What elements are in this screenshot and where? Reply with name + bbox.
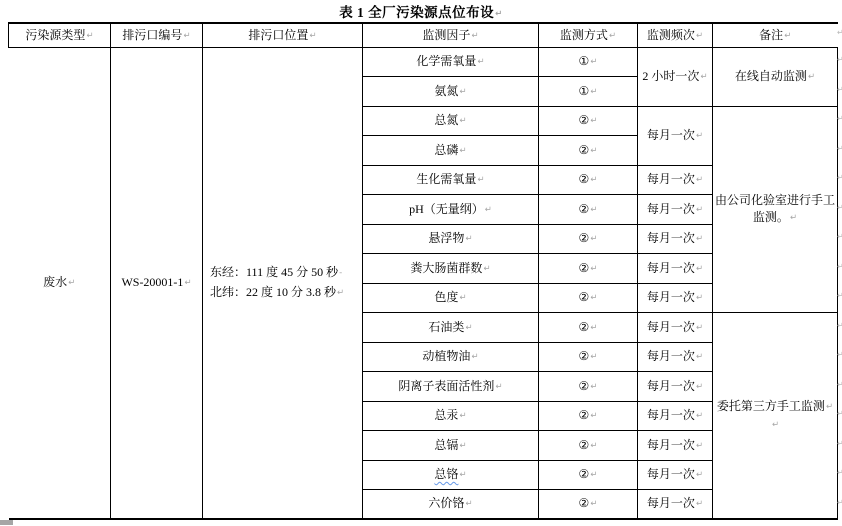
cell-end-mark-icon: ↵ [459,87,466,97]
row-end-mark-icon: ↵ [837,380,842,389]
cell-end-mark-icon: ↵ [590,87,597,97]
cell-end-mark-icon: ↵ [309,31,316,41]
row-end-mark-icon: ↵ [837,291,842,300]
frequency-cell: 每月一次↵ [638,460,713,490]
factor-cell: 总氮↵ [363,106,539,136]
factor-cell: 粪大肠菌群数↵ [363,254,539,284]
col-header-method: 监测方式↵ [539,23,638,47]
cell-end-mark-icon: ↵ [696,323,703,333]
row-end-mark-icon: ↵ [837,409,842,418]
remark-cell-third-party: 委托第三方手工监测↵ ↵ [713,313,838,520]
cell-end-mark-icon: ↵ [590,499,597,509]
row-end-mark-icon: ↵ [837,203,842,212]
cell-end-mark-icon: ↵ [590,382,597,392]
cell-end-mark-icon: ↵ [590,234,597,244]
factor-cell: 化学需氧量↵ [363,47,539,77]
cell-end-mark-icon: ↵ [609,31,616,41]
method-cell: ②↵ [539,431,638,461]
outlet-id-cell: WS-20001-1↵ [111,47,203,519]
cell-end-mark-icon: ↵ [696,264,703,274]
factor-cell: 石油类↵ [363,313,539,343]
cell-end-mark-icon: ↵ [590,57,597,67]
cell-end-mark-icon: ↵ [459,441,466,451]
row-end-mark-icon: ↵ [837,468,842,477]
row-end-mark-icon: ↵ [837,28,842,37]
cell-end-mark-icon: ↵ [696,175,703,185]
cell-end-mark-icon: ↵ [696,441,703,451]
cell-end-mark-icon: ↵ [696,293,703,303]
method-cell: ②↵ [539,490,638,520]
cell-end-mark-icon: ↵ [590,323,597,333]
frequency-cell: 每月一次↵ [638,401,713,431]
cell-end-mark-icon: ↵ [459,470,466,480]
cell-end-mark-icon: ↵ [784,31,791,41]
row-end-mark-icon: ↵ [837,321,842,330]
table-row: 废水↵ WS-20001-1↵ 东经：111 度 45 分 50 秒- 北纬：2… [9,47,838,77]
frequency-cell: 每月一次↵ [638,224,713,254]
row-end-mark-icon: ↵ [837,55,842,64]
cell-end-mark-icon: ↵ [696,470,703,480]
cell-end-mark-icon: ↵ [590,411,597,421]
cell-end-mark-icon: ↵ [590,205,597,215]
table-title: 表 1 全厂污染源点位布设↵ [0,1,842,21]
col-header-factor: 监测因子↵ [363,23,539,47]
frequency-cell: 每月一次↵ [638,342,713,372]
row-end-mark-icon: ↵ [837,173,842,182]
remark-cell-online: 在线自动监测↵ [713,47,838,106]
cell-end-mark-icon: ↵ [696,411,703,421]
cell-end-mark-icon: ↵ [465,323,472,333]
cell-end-mark-icon: ↵ [471,352,478,362]
cell-end-mark-icon: ↵ [590,441,597,451]
cell-end-mark-icon: ↵ [590,264,597,274]
row-end-mark-icon: ↵ [837,85,842,94]
col-header-frequency: 监测频次↵ [638,23,713,47]
empty-paragraph: ↵ [715,416,835,433]
table-title-text: 表 1 全厂污染源点位布设 [339,5,494,20]
method-cell: ②↵ [539,254,638,284]
cell-end-mark-icon: ↵ [590,116,597,126]
cell-end-mark-icon: ↵ [696,499,703,509]
method-cell: ②↵ [539,106,638,136]
method-cell: ②↵ [539,313,638,343]
method-cell: ①↵ [539,77,638,107]
cell-end-mark-icon: ↵ [337,288,344,298]
method-cell: ②↵ [539,283,638,313]
header-row: 污染源类型↵ 排污口编号↵ 排污口位置↵ 监测因子↵ 监测方式↵ 监测频次↵ 备… [9,23,838,47]
row-end-mark-icon: ↵ [837,439,842,448]
cell-end-mark-icon: ↵ [590,146,597,156]
remark-third-text: 委托第三方手工监测↵ [715,398,835,415]
cell-end-mark-icon: ↵ [696,31,703,41]
factor-cell: 六价铬↵ [363,490,539,520]
factor-cell: 色度↵ [363,283,539,313]
cell-end-mark-icon: ↵ [696,131,703,141]
factor-cell: 总铬↵ [363,460,539,490]
cell-end-mark-icon: ↵ [696,382,703,392]
cell-end-mark-icon: ↵ [590,175,597,185]
location-line-east: 东经：111 度 45 分 50 秒- [210,263,360,283]
cell-end-mark-icon: ↵ [483,264,490,274]
frequency-cell: 每月一次↵ [638,195,713,225]
cell-end-mark-icon: ↵ [495,382,502,392]
col-header-outlet-location: 排污口位置↵ [203,23,363,47]
frequency-cell: 每月一次↵ [638,372,713,402]
location-line-north: 北纬：22 度 10 分 3.8 秒↵ [210,283,360,303]
cell-end-mark-icon: ↵ [477,57,484,67]
row-end-mark-icon: ↵ [837,350,842,359]
row-end-mark-icon: ↵ [837,498,842,507]
page-margin-marker [0,520,13,525]
col-header-source-type: 污染源类型↵ [9,23,111,47]
factor-cell: 悬浮物↵ [363,224,539,254]
document-page: 表 1 全厂污染源点位布设↵ 污染源类型↵ 排污口编号↵ 排污口位置↵ 监测因子… [0,0,842,526]
factor-cell: pH（无量纲）↵ [363,195,539,225]
col-header-outlet-id: 排污口编号↵ [111,23,203,47]
method-cell: ②↵ [539,224,638,254]
method-cell: ②↵ [539,165,638,195]
cell-end-mark-icon: ↵ [590,470,597,480]
method-cell: ②↵ [539,372,638,402]
cell-end-mark-icon: ↵ [485,205,492,215]
frequency-cell: 每月一次↵ [638,106,713,165]
frequency-cell: 每月一次↵ [638,283,713,313]
method-cell: ②↵ [539,136,638,166]
cell-end-mark-icon: ↵ [790,213,797,223]
outlet-location-cell: 东经：111 度 45 分 50 秒- 北纬：22 度 10 分 3.8 秒↵ [203,47,363,519]
row-end-mark-icon: ↵ [837,232,842,241]
cell-end-mark-icon: ↵ [465,499,472,509]
col-header-remark: 备注↵ [713,23,838,47]
cell-end-mark-icon: ↵ [700,72,707,82]
cell-end-mark-icon: ↵ [590,293,597,303]
factor-cell: 动植物油↵ [363,342,539,372]
source-type-cell: 废水↵ [9,47,111,519]
cell-end-mark-icon: ↵ [696,352,703,362]
pollution-source-table: 污染源类型↵ 排污口编号↵ 排污口位置↵ 监测因子↵ 监测方式↵ 监测频次↵ 备… [8,22,838,520]
cell-end-mark-icon: ↵ [184,278,191,288]
frequency-cell: 2 小时一次↵ [638,47,713,106]
cell-end-mark-icon: ↵ [826,402,833,412]
method-cell: ②↵ [539,342,638,372]
frequency-cell: 每月一次↵ [638,254,713,284]
factor-cell: 阴离子表面活性剂↵ [363,372,539,402]
frequency-cell: 每月一次↵ [638,165,713,195]
frequency-cell: 每月一次↵ [638,490,713,520]
cell-end-mark-icon: ↵ [459,116,466,126]
frequency-cell: 每月一次↵ [638,313,713,343]
frequency-cell: 每月一次↵ [638,431,713,461]
row-end-mark-icon: ↵ [837,114,842,123]
cell-end-mark-icon: ↵ [471,31,478,41]
cell-end-mark-icon: ↵ [68,278,75,288]
cell-end-mark-icon: ↵ [477,175,484,185]
method-cell: ②↵ [539,401,638,431]
cell-end-mark-icon: ↵ [495,9,503,19]
cell-end-mark-icon: ↵ [459,146,466,156]
cell-end-mark-icon: ↵ [808,72,815,82]
factor-cell: 总汞↵ [363,401,539,431]
row-end-mark-icon: ↵ [837,262,842,271]
cell-end-mark-icon: ↵ [459,293,466,303]
cell-end-mark-icon: ↵ [590,352,597,362]
cell-end-mark-icon: ↵ [696,234,703,244]
factor-cell: 总镉↵ [363,431,539,461]
method-cell: ①↵ [539,47,638,77]
method-cell: ②↵ [539,195,638,225]
row-end-mark-icon: ↵ [837,144,842,153]
cell-end-mark-icon: ↵ [459,411,466,421]
line-wrap-mark-icon: - [339,268,342,278]
method-cell: ②↵ [539,460,638,490]
cell-end-mark-icon: ↵ [86,31,93,41]
cell-end-mark-icon: ↵ [465,234,472,244]
factor-cell: 生化需氧量↵ [363,165,539,195]
factor-cell: 氨氮↵ [363,77,539,107]
cell-end-mark-icon: ↵ [772,420,779,430]
factor-cell: 总磷↵ [363,136,539,166]
cell-end-mark-icon: ↵ [183,31,190,41]
remark-cell-lab: 由公司化验室进行手工监测。↵ [713,106,838,313]
cell-end-mark-icon: ↵ [696,205,703,215]
